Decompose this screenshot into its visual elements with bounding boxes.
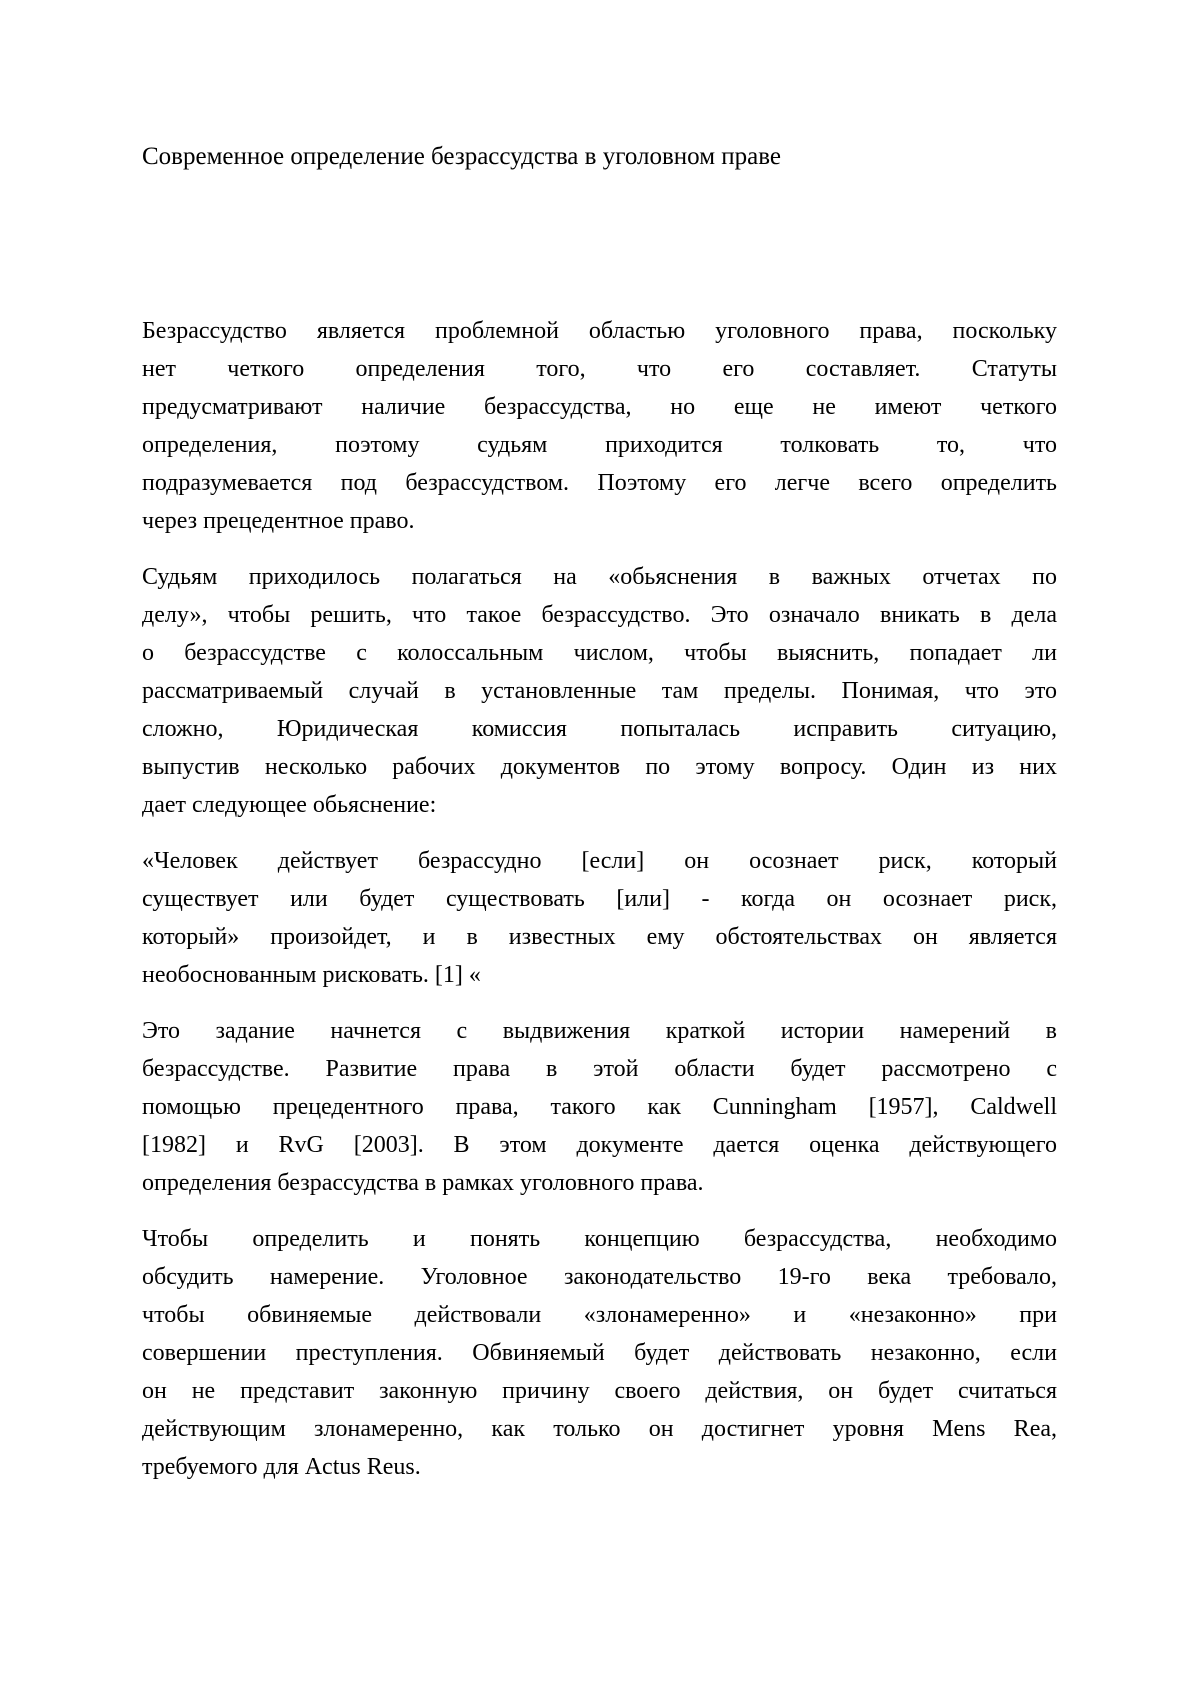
paragraph: Чтобы определить и понять концепцию безр… — [142, 1220, 1057, 1486]
text-line: чтобы обвиняемые действовали «злонамерен… — [142, 1296, 1057, 1334]
paragraph: Судьям приходилось полагаться на «обьясн… — [142, 558, 1057, 824]
text-line: Безрассудство является проблемной област… — [142, 312, 1057, 350]
paragraph: Безрассудство является проблемной област… — [142, 312, 1057, 540]
text-line: предусматривают наличие безрассудства, н… — [142, 388, 1057, 426]
text-line: через прецедентное право. — [142, 502, 1057, 540]
text-line: Судьям приходилось полагаться на «обьясн… — [142, 558, 1057, 596]
text-line: необоснованным рисковать. [1] « — [142, 956, 1057, 994]
document-page: Современное определение безрассудства в … — [0, 0, 1200, 1698]
text-line: рассматриваемый случай в установленные т… — [142, 672, 1057, 710]
text-line: делу», чтобы решить, что такое безрассуд… — [142, 596, 1057, 634]
text-line: сложно, Юридическая комиссия попыталась … — [142, 710, 1057, 748]
text-line: [1982] и RvG [2003]. В этом документе да… — [142, 1126, 1057, 1164]
text-line: совершении преступления. Обвиняемый буде… — [142, 1334, 1057, 1372]
text-line: безрассудстве. Развитие права в этой обл… — [142, 1050, 1057, 1088]
document-title: Современное определение безрассудства в … — [142, 138, 1057, 176]
text-line: помощью прецедентного права, такого как … — [142, 1088, 1057, 1126]
text-line: Это задание начнется с выдвижения кратко… — [142, 1012, 1057, 1050]
paragraph: «Человек действует безрассудно [если] он… — [142, 842, 1057, 994]
text-line: нет четкого определения того, что его со… — [142, 350, 1057, 388]
text-line: выпустив несколько рабочих документов по… — [142, 748, 1057, 786]
text-line: дает следующее обьяснение: — [142, 786, 1057, 824]
text-line: определения, поэтому судьям приходится т… — [142, 426, 1057, 464]
text-line: обсудить намерение. Уголовное законодате… — [142, 1258, 1057, 1296]
text-line: определения безрассудства в рамках уголо… — [142, 1164, 1057, 1202]
text-line: подразумевается под безрассудством. Поэт… — [142, 464, 1057, 502]
text-line: существует или будет существовать [или] … — [142, 880, 1057, 918]
text-line: требуемого для Actus Reus. — [142, 1448, 1057, 1486]
text-line: о безрассудстве с колоссальным числом, ч… — [142, 634, 1057, 672]
paragraph: Это задание начнется с выдвижения кратко… — [142, 1012, 1057, 1202]
text-line: который» произойдет, и в известных ему о… — [142, 918, 1057, 956]
text-line: действующим злонамеренно, как только он … — [142, 1410, 1057, 1448]
text-line: «Человек действует безрассудно [если] он… — [142, 842, 1057, 880]
text-line: он не представит законную причину своего… — [142, 1372, 1057, 1410]
document-body: Безрассудство является проблемной област… — [142, 312, 1057, 1486]
text-line: Чтобы определить и понять концепцию безр… — [142, 1220, 1057, 1258]
